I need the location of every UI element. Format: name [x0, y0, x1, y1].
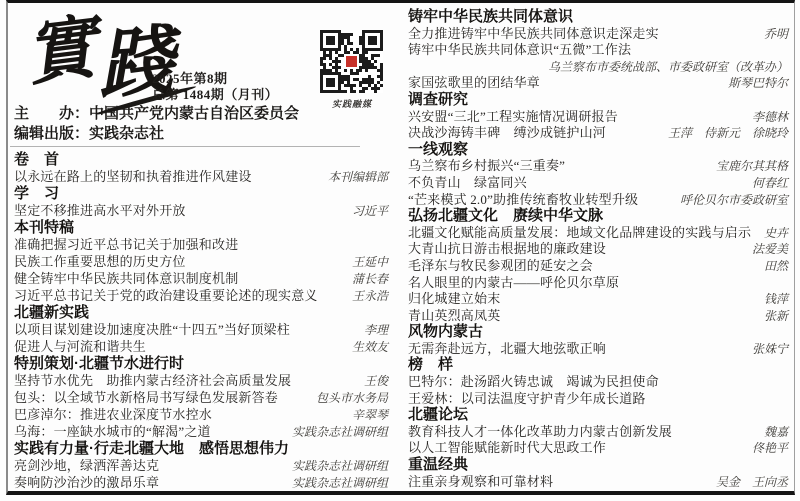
section-header: 风物内蒙古 — [408, 324, 788, 341]
toc-left-column: 卷 首以永远在路上的坚韧和执着推进作风建设本刊编辑部学 习坚定不移推进高水平对外… — [14, 151, 388, 491]
article-author: 王萍 侍新元 徐晓玲 — [668, 125, 788, 142]
article-title: 包头：以全域节水新格局书写绿色发展新答卷 — [14, 389, 278, 406]
article-row: 坚持节水优先 助推内蒙古经济社会高质量发展王俊 — [14, 372, 388, 389]
article-author: 李理 — [364, 322, 388, 339]
section-header: 本刊特稿 — [14, 219, 388, 236]
article-title: 兴安盟“三北”工程实施情况调研报告 — [408, 109, 618, 126]
qr-center-logo-icon — [344, 54, 359, 69]
section-header: 一线观察 — [408, 142, 788, 159]
publisher-line: 主 办：中国共产党内蒙古自治区委员会 — [14, 104, 299, 124]
article-row: 乌兰察布市委统战部、市委政研室（改革办） — [408, 59, 788, 76]
article-title: 民族工作重要思想的历史方位 — [14, 253, 186, 270]
article-row: 习近平总书记关于党的政治建设重要论述的现实意义王永浩 — [14, 287, 388, 304]
article-author: 王延中 — [352, 254, 388, 271]
article-title: 决战沙海铸丰碑 缚沙成链护山河 — [408, 125, 606, 142]
article-row: 注重亲身观察和可靠材料吴金 王向丞 — [408, 474, 788, 491]
article-title: 毛泽东与牧民参观团的延安之会 — [408, 258, 593, 275]
article-author: 实践杂志社调研组 — [292, 458, 388, 475]
article-title: 亮剑沙地，绿洒浑善达克 — [14, 457, 159, 474]
article-row: 不负青山 绿富同兴何春红 — [408, 175, 788, 192]
article-author: 乌兰察布市委统战部、市委政研室（改革办） — [548, 59, 788, 76]
article-title: 坚定不移推进高水平对外开放 — [14, 202, 186, 219]
article-title: 注重亲身观察和可靠材料 — [408, 474, 553, 491]
publisher-label: 主 办： — [14, 105, 89, 122]
article-row: 坚定不移推进高水平对外开放习近平 — [14, 202, 388, 219]
issue-total: 总第 1484期（月刊） — [152, 87, 278, 103]
section-header: 实践有力量·行走北疆大地 感悟思想伟力 — [14, 440, 388, 457]
article-title: 北疆文化赋能高质量发展：地域文化品牌建设的实践与启示 — [408, 225, 751, 242]
article-title: 巴彦淖尔：推进农业深度节水控水 — [14, 406, 212, 423]
article-author: 钱萍 — [764, 291, 788, 308]
magazine-toc-page: 實 踐 2025年第8期 总第 1484期（月刊） 主 办：中国共产党内蒙古自治… — [0, 0, 800, 501]
section-header: 卷 首 — [14, 151, 388, 168]
article-author: 斯琴巴特尔 — [728, 75, 788, 92]
article-author: 辛翠琴 — [352, 407, 388, 424]
editor-name: 实践杂志社 — [89, 125, 164, 142]
article-author: 何春红 — [752, 175, 788, 192]
qr-caption: 实践融媒 — [320, 97, 384, 110]
section-header: 榜 样 — [408, 357, 788, 374]
article-row: 奏响防沙治沙的激昂乐章实践杂志社调研组 — [14, 474, 388, 491]
article-author: 宝鹿尔其其格 — [716, 158, 788, 175]
article-author: 呼伦贝尔市委政研室 — [680, 192, 788, 209]
article-title: 奏响防沙治沙的激昂乐章 — [14, 474, 159, 491]
article-row: 铸牢中华民族共同体意识“五微”工作法 — [408, 42, 788, 59]
article-author: 张新 — [764, 308, 788, 325]
article-author: 蒲长春 — [352, 271, 388, 288]
article-row: 巴彦淖尔：推进农业深度节水控水辛翠琴 — [14, 406, 388, 423]
section-header: 重温经典 — [408, 457, 788, 474]
article-row: 王爱林：以司法温度守护青少年成长道路 — [408, 391, 788, 408]
editor-line: 编辑出版：实践杂志社 — [14, 124, 299, 144]
article-author: 实践杂志社调研组 — [292, 424, 388, 441]
qr-code-icon — [320, 30, 383, 93]
article-row: 家国弦歌里的团结华章斯琴巴特尔 — [408, 75, 788, 92]
article-row: 全力推进铸牢中华民族共同体意识走深走实乔明 — [408, 26, 788, 43]
issue-info: 2025年第8期 总第 1484期（月刊） — [152, 71, 278, 103]
section-header: 北疆论坛 — [408, 407, 788, 424]
article-title: 巴特尔：赴汤蹈火铸忠诚 竭诚为民担使命 — [408, 374, 659, 391]
article-title: 王爱林：以司法温度守护青少年成长道路 — [408, 391, 646, 408]
issue-number: 2025年第8期 — [152, 71, 278, 87]
article-title: 不负青山 绿富同兴 — [408, 175, 527, 192]
section-header: 特别策划·北疆节水进行时 — [14, 355, 388, 372]
article-author: 本刊编辑部 — [328, 169, 388, 186]
masthead-divider — [10, 146, 360, 147]
article-title: 无需奔赴远方，北疆大地弦歌正响 — [408, 341, 606, 358]
toc-right-column: 铸牢中华民族共同体意识全力推进铸牢中华民族共同体意识走深走实乔明铸牢中华民族共同… — [408, 9, 788, 490]
article-title: 归化城建立始末 — [408, 291, 500, 308]
article-row: 以永远在路上的坚韧和执着推进作风建设本刊编辑部 — [14, 168, 388, 185]
section-header: 北疆新实践 — [14, 304, 388, 321]
logo-calligraphy-char-1: 實 — [22, 14, 100, 92]
section-header: 弘扬北疆文化 赓续中华文脉 — [408, 208, 788, 225]
article-author: 佟艳平 — [752, 440, 788, 457]
article-row: 巴特尔：赴汤蹈火铸忠诚 竭诚为民担使命 — [408, 374, 788, 391]
article-row: “芒来模式 2.0”助推传统畜牧业转型升级呼伦贝尔市委政研室 — [408, 192, 788, 209]
article-author: 王俊 — [364, 373, 388, 390]
article-title: 乌海：一座缺水城市的“解渴”之道 — [14, 423, 211, 440]
article-title: 大青山抗日游击根据地的廉政建设 — [408, 241, 606, 258]
article-author: 吴金 王向丞 — [716, 474, 788, 491]
section-header: 铸牢中华民族共同体意识 — [408, 9, 788, 26]
article-row: 健全铸牢中华民族共同体意识制度机制蒲长春 — [14, 270, 388, 287]
article-title: 以项目谋划建设加速度决胜“十四五”当好顶梁柱 — [14, 321, 290, 338]
article-title: 家国弦歌里的团结华章 — [408, 75, 540, 92]
article-row: 乌兰察布乡村振兴“三重奏”宝鹿尔其其格 — [408, 158, 788, 175]
article-row: 大青山抗日游击根据地的廉政建设法爱美 — [408, 241, 788, 258]
article-title: 以永远在路上的坚韧和执着推进作风建设 — [14, 168, 252, 185]
article-row: 包头：以全域节水新格局书写绿色发展新答卷包头市水务局 — [14, 389, 388, 406]
article-author: 法爱美 — [752, 241, 788, 258]
article-author: 王永浩 — [352, 288, 388, 305]
qr-block: 实践融媒 — [320, 30, 384, 110]
editor-label: 编辑出版： — [14, 125, 89, 142]
article-title: 准确把握习近平总书记关于加强和改进 — [14, 236, 238, 253]
article-author: 张姝宁 — [752, 341, 788, 358]
article-author: 实践杂志社调研组 — [292, 475, 388, 492]
article-row: 准确把握习近平总书记关于加强和改进 — [14, 236, 388, 253]
article-row: 毛泽东与牧民参观团的延安之会田然 — [408, 258, 788, 275]
article-title: 青山英烈高凤英 — [408, 308, 500, 325]
article-row: 民族工作重要思想的历史方位王延中 — [14, 253, 388, 270]
article-author: 习近平 — [352, 203, 388, 220]
article-author: 李德林 — [752, 109, 788, 126]
article-row: 无需奔赴远方，北疆大地弦歌正响张姝宁 — [408, 341, 788, 358]
article-row: 青山英烈高凤英张新 — [408, 308, 788, 325]
section-header: 调查研究 — [408, 92, 788, 109]
article-author: 包头市水务局 — [316, 390, 388, 407]
article-row: 以人工智能赋能新时代大思政工作佟艳平 — [408, 440, 788, 457]
article-title: 乌兰察布乡村振兴“三重奏” — [408, 158, 565, 175]
article-row: 乌海：一座缺水城市的“解渴”之道实践杂志社调研组 — [14, 423, 388, 440]
article-title: “芒来模式 2.0”助推传统畜牧业转型升级 — [408, 192, 638, 209]
article-title: 全力推进铸牢中华民族共同体意识走深走实 — [408, 26, 659, 43]
article-row: 决战沙海铸丰碑 缚沙成链护山河王萍 侍新元 徐晓玲 — [408, 125, 788, 142]
publisher-name: 中国共产党内蒙古自治区委员会 — [89, 105, 299, 122]
article-row: 归化城建立始末钱萍 — [408, 291, 788, 308]
article-row: 兴安盟“三北”工程实施情况调研报告李德林 — [408, 109, 788, 126]
article-title: 健全铸牢中华民族共同体意识制度机制 — [14, 270, 238, 287]
article-title: 习近平总书记关于党的政治建设重要论述的现实意义 — [14, 287, 318, 304]
article-title: 铸牢中华民族共同体意识“五微”工作法 — [408, 42, 631, 59]
article-author: 田然 — [764, 258, 788, 275]
article-row: 名人眼里的内蒙古——呼伦贝尔草原 — [408, 275, 788, 292]
article-row: 亮剑沙地，绿洒浑善达克实践杂志社调研组 — [14, 457, 388, 474]
article-title: 教育科技人才一体化改革助力内蒙古创新发展 — [408, 424, 672, 441]
section-header: 学 习 — [14, 185, 388, 202]
article-title: 名人眼里的内蒙古——呼伦贝尔草原 — [408, 275, 619, 292]
article-row: 促进人与河流和谐共生生效友 — [14, 338, 388, 355]
article-author: 魏嘉 — [764, 424, 788, 441]
article-row: 教育科技人才一体化改革助力内蒙古创新发展魏嘉 — [408, 424, 788, 441]
article-author: 史卉 — [764, 225, 788, 242]
article-row: 以项目谋划建设加速度决胜“十四五”当好顶梁柱李理 — [14, 321, 388, 338]
article-author: 乔明 — [764, 26, 788, 43]
article-row: 北疆文化赋能高质量发展：地域文化品牌建设的实践与启示史卉 — [408, 225, 788, 242]
article-title: 以人工智能赋能新时代大思政工作 — [408, 440, 606, 457]
article-author: 生效友 — [352, 339, 388, 356]
article-title: 坚持节水优先 助推内蒙古经济社会高质量发展 — [14, 372, 291, 389]
publisher-block: 主 办：中国共产党内蒙古自治区委员会 编辑出版：实践杂志社 — [14, 104, 299, 144]
article-title: 促进人与河流和谐共生 — [14, 338, 146, 355]
